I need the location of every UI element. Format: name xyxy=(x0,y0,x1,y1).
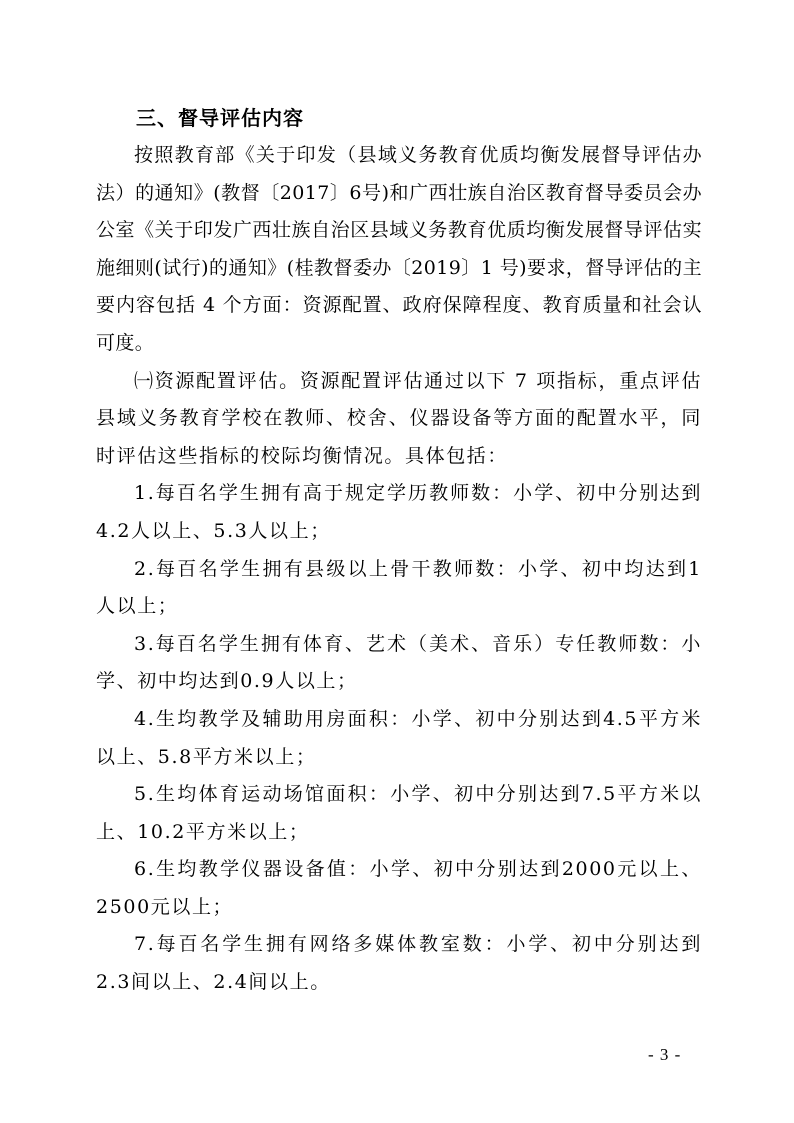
indicator-item: 6.生均教学仪器设备值：小学、初中分别达到2000元以上、2500元以上； xyxy=(96,851,702,926)
section-heading: 三、督导评估内容 xyxy=(96,100,702,137)
indicator-item: 7.每百名学生拥有网络多媒体教室数：小学、初中分别达到2.3间以上、2.4间以上… xyxy=(96,926,702,1001)
indicator-item: 2.每百名学生拥有县级以上骨干教师数：小学、初中均达到1人以上； xyxy=(96,551,702,626)
intro-paragraph: 按照教育部《关于印发（县域义务教育优质均衡发展督导评估办法）的通知》(教督〔20… xyxy=(96,137,702,363)
indicator-item: 5.生均体育运动场馆面积：小学、初中分别达到7.5平方米以上、10.2平方米以上… xyxy=(96,776,702,851)
page-number: - 3 - xyxy=(648,1045,681,1065)
indicator-item: 4.生均教学及辅助用房面积：小学、初中分别达到4.5平方米以上、5.8平方米以上… xyxy=(96,701,702,776)
subsection-paragraph: ㈠资源配置评估。资源配置评估通过以下 7 项指标，重点评估县域义务教育学校在教师… xyxy=(96,363,702,476)
indicator-item: 3.每百名学生拥有体育、艺术（美术、音乐）专任教师数：小学、初中均达到0.9人以… xyxy=(96,626,702,701)
document-page: 三、督导评估内容 按照教育部《关于印发（县域义务教育优质均衡发展督导评估办法）的… xyxy=(96,100,702,1002)
indicator-item: 1.每百名学生拥有高于规定学历教师数：小学、初中分别达到4.2人以上、5.3人以… xyxy=(96,475,702,550)
